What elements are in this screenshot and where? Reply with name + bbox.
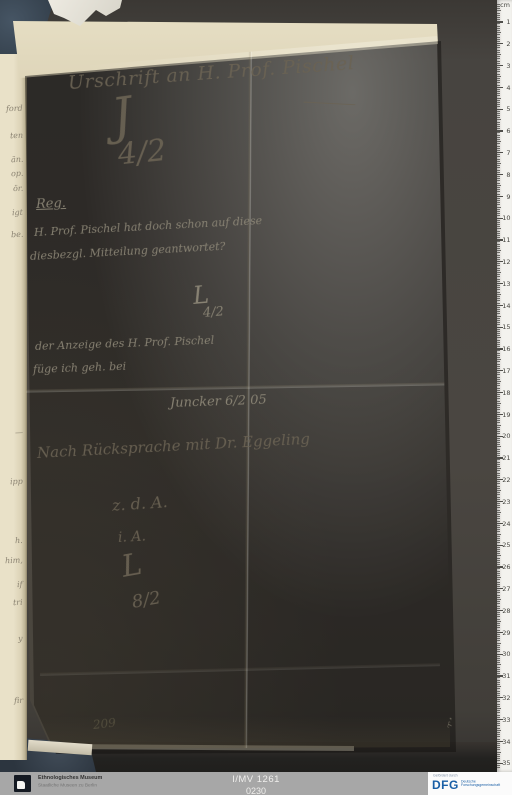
ruler-tick <box>497 13 500 14</box>
ruler-tick <box>497 364 500 365</box>
ruler-tick <box>497 616 500 617</box>
ruler-tick <box>497 95 500 96</box>
ruler-number: 28 <box>502 607 511 615</box>
ruler-tick <box>497 61 500 62</box>
ruler-tick <box>497 172 500 173</box>
ruler-tick <box>497 279 500 280</box>
photograph-area: Urschrift an H. Prof. Pischel————J4/2Reg… <box>0 0 512 772</box>
ruler-number: 20 <box>502 432 511 440</box>
ruler-tick <box>497 241 500 242</box>
ruler-tick <box>497 128 500 129</box>
edge-fragment: ten <box>10 131 23 140</box>
ruler-tick <box>497 259 500 260</box>
ruler-tick <box>497 405 500 406</box>
ruler-tick <box>497 630 500 631</box>
ruler-tick <box>497 30 500 31</box>
ruler-number: 32 <box>502 694 511 702</box>
ruler-tick <box>497 451 500 452</box>
ruler-tick <box>497 307 500 308</box>
ruler-tick <box>497 562 500 563</box>
ruler-tick <box>497 407 500 408</box>
ruler-tick <box>497 427 500 428</box>
ruler-tick <box>497 294 501 295</box>
ruler-tick <box>497 699 500 700</box>
ruler-tick <box>497 150 500 151</box>
ruler-tick <box>497 446 501 447</box>
ruler-tick <box>497 464 500 465</box>
ruler-tick <box>497 47 500 48</box>
ruler-tick <box>497 475 500 476</box>
ruler-tick <box>497 102 500 103</box>
ruler-tick <box>497 335 500 336</box>
ruler-tick <box>497 442 500 443</box>
ruler-tick <box>497 673 500 674</box>
ruler-tick <box>497 355 500 356</box>
ruler-tick <box>497 163 501 164</box>
ruler-tick <box>497 276 500 277</box>
ruler-tick <box>497 691 500 692</box>
ruler-tick <box>497 560 500 561</box>
ruler-number: 23 <box>502 498 511 506</box>
ruler-tick <box>497 80 500 81</box>
ruler-tick <box>497 137 500 138</box>
museum-logo-icon <box>14 775 31 792</box>
ruler-tick <box>497 156 500 157</box>
dfg-logo-icon: DFG <box>432 778 459 792</box>
ruler-tick <box>497 612 500 613</box>
ruler-tick <box>497 189 500 190</box>
ruler-tick <box>497 486 500 487</box>
ruler-number: 33 <box>502 716 511 724</box>
ruler-tick <box>497 721 500 722</box>
ruler-tick <box>497 466 500 467</box>
ruler-tick <box>497 318 500 319</box>
ruler-tick <box>497 78 500 79</box>
handwritten-line: 4/2 <box>202 304 224 321</box>
ruler-tick <box>497 372 500 373</box>
ruler-tick <box>497 597 500 598</box>
edge-fragment: op. <box>10 169 23 178</box>
ruler-tick <box>497 316 501 317</box>
ruler-tick <box>497 743 500 744</box>
ruler-tick <box>497 296 500 297</box>
ruler-number: 30 <box>502 650 511 658</box>
ruler-tick <box>497 529 500 530</box>
ruler-tick <box>497 4 500 5</box>
ruler-tick <box>497 409 500 410</box>
ruler-tick <box>497 651 500 652</box>
ruler-tick <box>497 287 500 288</box>
ruler-tick <box>497 398 500 399</box>
ruler-tick <box>497 473 500 474</box>
ruler-tick <box>497 366 500 367</box>
ruler-tick <box>497 701 500 702</box>
ruler-tick <box>497 374 500 375</box>
ruler-number: 29 <box>502 629 511 637</box>
ruler-tick <box>497 621 501 622</box>
ruler-tick <box>497 383 500 384</box>
ruler-tick <box>497 28 500 29</box>
ruler-tick <box>497 353 500 354</box>
ruler-number: 8 <box>502 171 511 179</box>
ruler-tick <box>497 640 500 641</box>
ruler-tick <box>497 340 500 341</box>
ruler-tick <box>497 688 500 689</box>
ruler-number: 17 <box>502 367 511 375</box>
edge-fragment: y <box>18 634 23 643</box>
ruler-tick <box>497 183 500 184</box>
ruler-tick <box>497 470 500 471</box>
ruler-tick <box>497 595 500 596</box>
edge-fragment: ör. <box>13 184 24 193</box>
ruler-tick <box>497 170 500 171</box>
ruler-tick <box>497 98 501 99</box>
ruler-tick <box>497 507 500 508</box>
ruler-tick <box>497 185 501 186</box>
ruler-tick <box>497 333 500 334</box>
ruler-tick <box>497 213 500 214</box>
ruler-tick <box>497 754 500 755</box>
ruler-tick <box>497 647 500 648</box>
ruler-tick <box>497 575 500 576</box>
ruler-tick <box>497 534 501 535</box>
ruler-tick <box>497 490 501 491</box>
ruler-tick <box>497 660 500 661</box>
ruler-tick <box>497 320 500 321</box>
ruler-tick <box>497 531 500 532</box>
ruler-tick <box>497 549 500 550</box>
ruler-tick <box>497 361 500 362</box>
ruler-tick <box>497 710 500 711</box>
ruler-tick <box>497 492 500 493</box>
ruler-tick <box>497 303 500 304</box>
ruler-tick <box>497 6 500 7</box>
ruler-tick <box>497 41 500 42</box>
ruler-number: 25 <box>502 541 511 549</box>
ruler-tick <box>497 385 500 386</box>
ruler-number: 9 <box>502 193 511 201</box>
ruler-number: 6 <box>502 127 511 135</box>
ruler-tick <box>497 250 501 251</box>
ruler-number: 5 <box>502 105 511 113</box>
ruler-tick <box>497 139 500 140</box>
ruler-tick <box>497 244 500 245</box>
ruler-tick <box>497 74 500 75</box>
ruler-tick <box>497 15 500 16</box>
ruler-tick <box>497 739 500 740</box>
ruler-tick <box>497 708 501 709</box>
ruler: cm 1234567891011121314151617181920212223… <box>497 0 512 772</box>
ruler-tick <box>497 403 501 404</box>
ruler-tick <box>497 725 500 726</box>
ruler-tick <box>497 311 500 312</box>
ruler-tick <box>497 693 500 694</box>
ruler-tick <box>497 274 500 275</box>
edge-fragment: if <box>17 580 23 589</box>
ruler-tick <box>497 309 500 310</box>
ruler-tick <box>497 455 500 456</box>
ruler-tick <box>497 636 500 637</box>
ruler-tick <box>497 715 500 716</box>
ruler-tick <box>497 331 500 332</box>
ruler-tick <box>497 614 500 615</box>
institution-block: Ethnologisches Museum Staatliche Museen … <box>38 775 198 790</box>
ruler-tick <box>497 752 501 753</box>
ruler-number: 31 <box>502 672 511 680</box>
ruler-tick <box>497 344 500 345</box>
footer-bar: Ethnologisches Museum Staatliche Museen … <box>0 772 512 795</box>
ruler-tick <box>497 257 500 258</box>
previous-page-text-fragments: fordtenän.op.ör.igtbe.—ipph.him,iftriyfi… <box>0 0 26 772</box>
handwritten-line: 4/2 <box>116 133 168 173</box>
ruler-tick <box>497 433 500 434</box>
ruler-tick <box>497 342 500 343</box>
ruler-tick <box>497 161 500 162</box>
ruler-tick <box>497 551 500 552</box>
ruler-tick <box>497 525 500 526</box>
ruler-tick <box>497 91 500 92</box>
ruler-number: 7 <box>502 149 511 157</box>
ruler-tick <box>497 289 500 290</box>
ruler-tick <box>497 730 501 731</box>
ruler-tick <box>497 204 500 205</box>
ruler-number: 13 <box>502 280 511 288</box>
ruler-tick <box>497 187 500 188</box>
ruler-tick <box>497 429 500 430</box>
ruler-tick <box>497 669 500 670</box>
ruler-tick <box>497 26 500 27</box>
ruler-tick <box>497 388 500 389</box>
ruler-tick <box>497 350 500 351</box>
ruler-tick <box>497 477 500 478</box>
ruler-tick <box>497 228 501 229</box>
ruler-tick <box>497 93 500 94</box>
ruler-tick <box>497 313 500 314</box>
ruler-number: 21 <box>502 454 511 462</box>
ruler-tick <box>497 285 500 286</box>
institution-name: Ethnologisches Museum <box>38 775 163 780</box>
ruler-tick <box>497 499 500 500</box>
ruler-tick <box>497 132 500 133</box>
ruler-tick <box>497 422 500 423</box>
ruler-tick <box>497 237 500 238</box>
ruler-tick <box>497 656 500 657</box>
ruler-tick <box>497 606 500 607</box>
edge-fragment: him, <box>5 556 23 566</box>
ruler-tick <box>497 117 500 118</box>
ruler-tick <box>497 329 500 330</box>
ruler-tick <box>497 191 500 192</box>
ruler-tick <box>497 514 500 515</box>
ruler-tick <box>497 547 500 548</box>
ruler-tick <box>497 483 500 484</box>
ruler-tick <box>497 555 501 556</box>
ruler-tick <box>497 573 500 574</box>
ruler-tick <box>497 106 500 107</box>
ruler-tick <box>497 418 500 419</box>
ruler-tick <box>497 564 500 565</box>
handwritten-line: Reg. <box>36 196 66 212</box>
ruler-tick <box>497 765 500 766</box>
ruler-tick <box>497 494 500 495</box>
ruler-tick <box>497 582 500 583</box>
edge-fragment: ford <box>6 104 23 114</box>
ruler-tick <box>497 39 500 40</box>
ruler-tick <box>497 224 500 225</box>
ruler-tick <box>497 586 500 587</box>
ruler-tick <box>497 379 500 380</box>
ruler-number: 10 <box>502 214 511 222</box>
ruler-tick <box>497 202 500 203</box>
ruler-tick <box>497 100 500 101</box>
ruler-unit-label: cm <box>500 1 510 9</box>
ruler-tick <box>497 111 500 112</box>
ruler-tick <box>497 664 501 665</box>
ruler-tick <box>497 503 500 504</box>
ruler-tick <box>497 444 500 445</box>
image-number: 0230 <box>176 786 336 795</box>
ruler-tick <box>497 135 500 136</box>
ruler-number: 12 <box>502 258 511 266</box>
ruler-tick <box>497 438 500 439</box>
ruler-tick <box>497 159 500 160</box>
ruler-tick <box>497 17 500 18</box>
manuscript-page: Urschrift an H. Prof. Pischel————J4/2Reg… <box>0 0 470 772</box>
ruler-tick <box>497 440 500 441</box>
ruler-tick <box>497 488 500 489</box>
ruler-tick <box>497 37 500 38</box>
edge-fragment: fir <box>14 696 23 705</box>
ruler-tick <box>497 717 500 718</box>
ruler-tick <box>497 459 500 460</box>
dfg-name-line2: Forschungsgemeinschaft <box>461 784 500 788</box>
ruler-tick <box>497 167 500 168</box>
ruler-tick <box>497 649 500 650</box>
ruler-tick <box>497 412 500 413</box>
edge-fragment: be. <box>10 230 23 239</box>
ruler-tick <box>497 527 500 528</box>
ruler-tick <box>497 226 500 227</box>
ruler-tick <box>497 10 501 11</box>
ruler-tick <box>497 56 500 57</box>
ruler-tick <box>497 235 500 236</box>
ruler-tick <box>497 246 500 247</box>
ruler-tick <box>497 126 500 127</box>
ruler-tick <box>497 420 500 421</box>
ruler-tick <box>497 119 501 120</box>
ruler-tick <box>497 425 501 426</box>
ruler-tick <box>497 603 500 604</box>
edge-fragment: — <box>15 428 23 437</box>
ruler-tick <box>497 584 500 585</box>
ruler-tick <box>497 758 500 759</box>
ruler-tick <box>497 54 501 55</box>
ruler-tick <box>497 468 501 469</box>
ruler-tick <box>497 608 500 609</box>
ruler-tick <box>497 579 500 580</box>
edge-fragment: än. <box>10 155 23 164</box>
ruler-tick <box>497 71 500 72</box>
ruler-tick <box>497 599 501 600</box>
ruler-tick <box>497 643 501 644</box>
ruler-tick <box>497 601 500 602</box>
ruler-tick <box>497 176 500 177</box>
ruler-tick <box>497 453 500 454</box>
ruler-tick <box>497 322 500 323</box>
ruler-tick <box>497 704 500 705</box>
ruler-tick <box>497 324 500 325</box>
museum-logo-glyph <box>17 781 25 789</box>
ruler-number: 14 <box>502 302 511 310</box>
ruler-tick <box>497 736 500 737</box>
ruler-tick <box>497 220 500 221</box>
ruler-tick <box>497 510 500 511</box>
handwritten-line: ———— <box>303 94 356 113</box>
ruler-tick <box>497 292 500 293</box>
ruler-tick <box>497 69 500 70</box>
ruler-tick <box>497 19 500 20</box>
ruler-tick <box>497 45 500 46</box>
ruler-tick <box>497 732 500 733</box>
ruler-tick <box>497 684 500 685</box>
ruler-tick <box>497 728 500 729</box>
ruler-tick <box>497 745 500 746</box>
ruler-tick <box>497 658 500 659</box>
ruler-number: 11 <box>502 236 511 244</box>
dfg-name: Deutsche Forschungsgemeinschaft <box>461 780 500 787</box>
ruler-tick <box>497 497 500 498</box>
ruler-number: 19 <box>502 411 511 419</box>
ruler-tick <box>497 416 500 417</box>
ruler-tick <box>497 695 500 696</box>
ruler-number: 27 <box>502 585 511 593</box>
ruler-number: 2 <box>502 40 511 48</box>
ruler-tick <box>497 558 500 559</box>
ruler-tick <box>497 268 500 269</box>
ruler-tick <box>497 394 500 395</box>
ruler-tick <box>497 211 500 212</box>
ruler-tick <box>497 178 500 179</box>
ruler-number: 4 <box>502 84 511 92</box>
ruler-tick <box>497 32 501 33</box>
ruler-tick <box>497 756 500 757</box>
ruler-tick <box>497 505 500 506</box>
dfg-funded-by-label: Gefördert durch <box>433 774 458 778</box>
ruler-tick <box>497 368 500 369</box>
ruler-tick <box>497 248 500 249</box>
reference-block: I/MV 1261 0230 <box>176 774 336 795</box>
ruler-tick <box>497 431 500 432</box>
ruler-tick <box>497 115 500 116</box>
ruler-number: 18 <box>502 389 511 397</box>
ruler-number: 16 <box>502 345 511 353</box>
ruler-tick <box>497 337 501 338</box>
ruler-tick <box>497 619 500 620</box>
ruler-tick <box>497 23 500 24</box>
handwritten-line: i. A. <box>118 529 147 546</box>
ruler-tick <box>497 516 500 517</box>
ruler-tick <box>497 113 500 114</box>
ruler-tick <box>497 165 500 166</box>
ruler-tick <box>497 89 500 90</box>
ruler-number: 22 <box>502 476 511 484</box>
ruler-tick <box>497 590 500 591</box>
ruler-tick <box>497 122 500 123</box>
ruler-tick <box>497 760 500 761</box>
ruler-number: 3 <box>502 62 511 70</box>
ruler-tick <box>497 396 500 397</box>
ruler-number: 26 <box>502 563 511 571</box>
